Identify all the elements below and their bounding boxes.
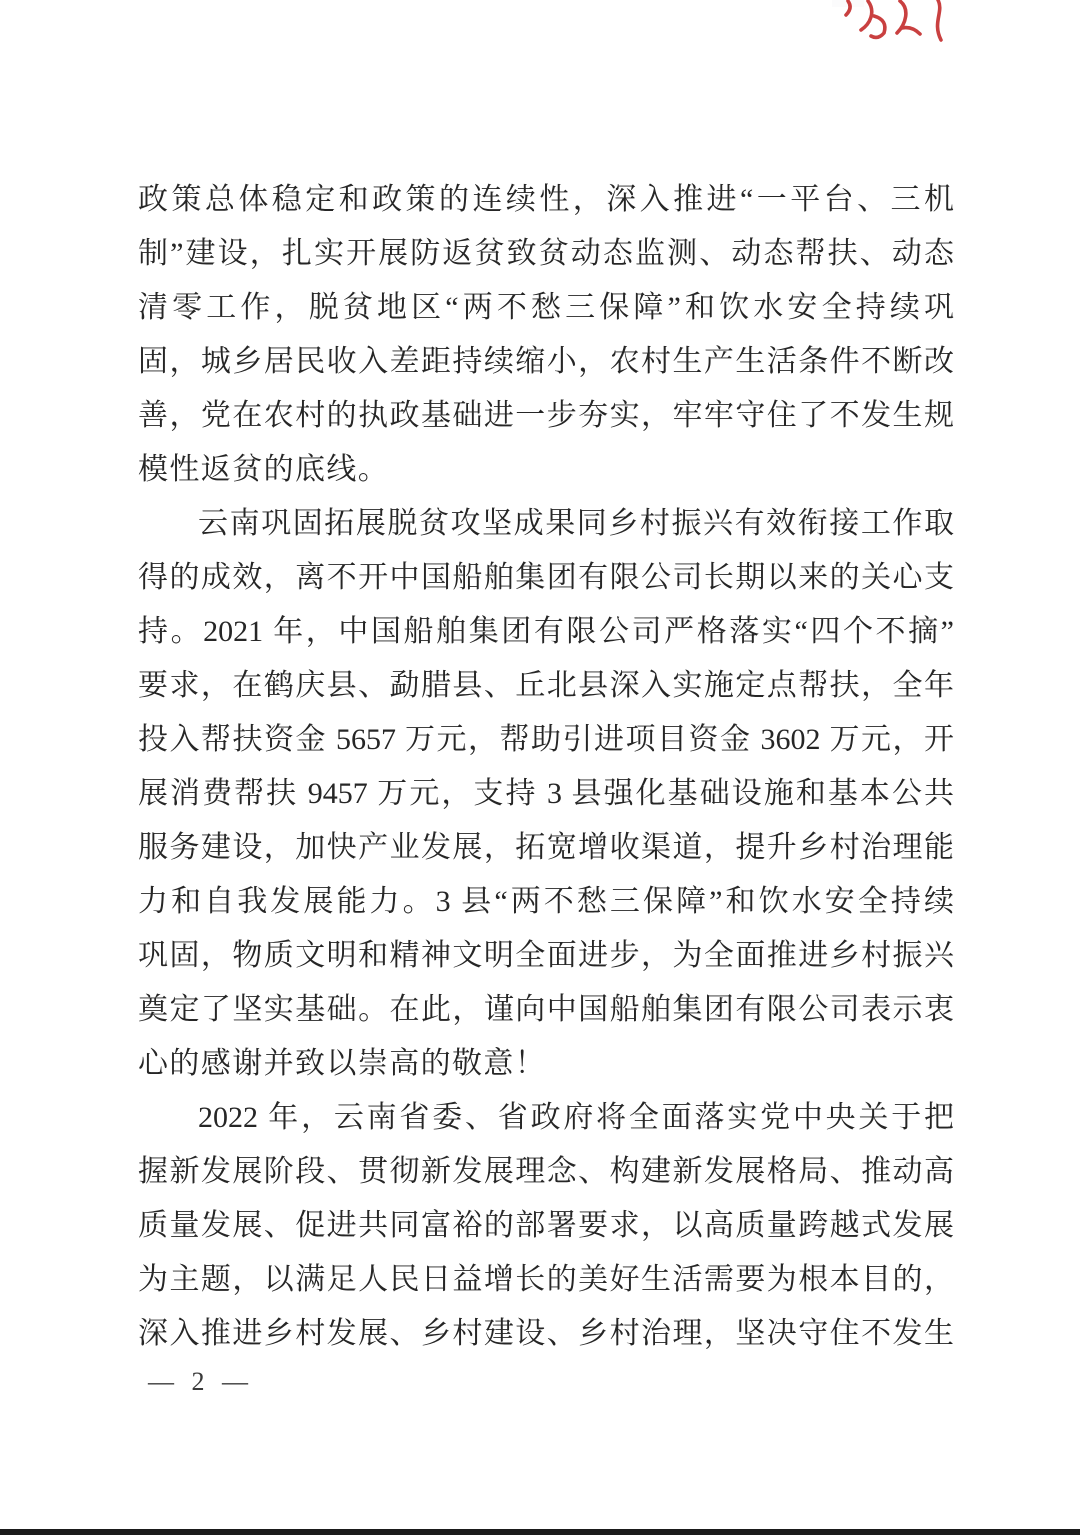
page-number: — 2 — xyxy=(148,1362,249,1402)
text-line: 要求，在鹤庆县、勐腊县、丘北县深入实施定点帮扶，全年 xyxy=(138,659,954,713)
text-line: 展消费帮扶 9457 万元，支持 3 县强化基础设施和基本公共 xyxy=(138,767,954,821)
text-line: 力和自我发展能力。3 县“两不愁三保障”和饮水安全持续 xyxy=(138,875,954,929)
text-line: 云南巩固拓展脱贫攻坚成果同乡村振兴有效衔接工作取 xyxy=(138,497,954,551)
text-line: 模性返贫的底线。 xyxy=(138,443,954,497)
text-line: 2022 年，云南省委、省政府将全面落实党中央关于把 xyxy=(138,1091,954,1145)
text-line: 持。2021 年，中国船舶集团有限公司严格落实“四个不摘” xyxy=(138,605,954,659)
text-line: 得的成效，离不开中国船舶集团有限公司长期以来的关心支 xyxy=(138,551,954,605)
text-line: 固，城乡居民收入差距持续缩小，农村生产生活条件不断改 xyxy=(138,335,954,389)
scan-bottom-edge xyxy=(0,1529,1080,1535)
scan-artifact xyxy=(832,0,864,7)
text-line: 心的感谢并致以崇高的敬意！ xyxy=(138,1037,954,1091)
text-line: 政策总体稳定和政策的连续性，深入推进“一平台、三机 xyxy=(138,173,954,227)
body-text: 政策总体稳定和政策的连续性，深入推进“一平台、三机 制”建设，扎实开展防返贫致贫… xyxy=(138,173,954,1361)
text-line: 为主题，以满足人民日益增长的美好生活需要为根本目的， xyxy=(138,1253,954,1307)
text-line: 投入帮扶资金 5657 万元，帮助引进项目资金 3602 万元，开 xyxy=(138,713,954,767)
text-line: 质量发展、促进共同富裕的部署要求，以高质量跨越式发展 xyxy=(138,1199,954,1253)
text-line: 奠定了坚实基础。在此，谨向中国船舶集团有限公司表示衷 xyxy=(138,983,954,1037)
text-line: 握新发展阶段、贯彻新发展理念、构建新发展格局、推动高 xyxy=(138,1145,954,1199)
text-line: 清零工作，脱贫地区“两不愁三保障”和饮水安全持续巩 xyxy=(138,281,954,335)
text-line: 深入推进乡村发展、乡村建设、乡村治理，坚决守住不发生 xyxy=(138,1307,954,1361)
text-line: 服务建设，加快产业发展，拓宽增收渠道，提升乡村治理能 xyxy=(138,821,954,875)
text-line: 巩固，物质文明和精神文明全面进步，为全面推进乡村振兴 xyxy=(138,929,954,983)
text-line: 善，党在农村的执政基础进一步夯实，牢牢守住了不发生规 xyxy=(138,389,954,443)
text-line: 制”建设，扎实开展防返贫致贫动态监测、动态帮扶、动态 xyxy=(138,227,954,281)
document-page: 政策总体稳定和政策的连续性，深入推进“一平台、三机 制”建设，扎实开展防返贫致贫… xyxy=(0,0,1080,1535)
